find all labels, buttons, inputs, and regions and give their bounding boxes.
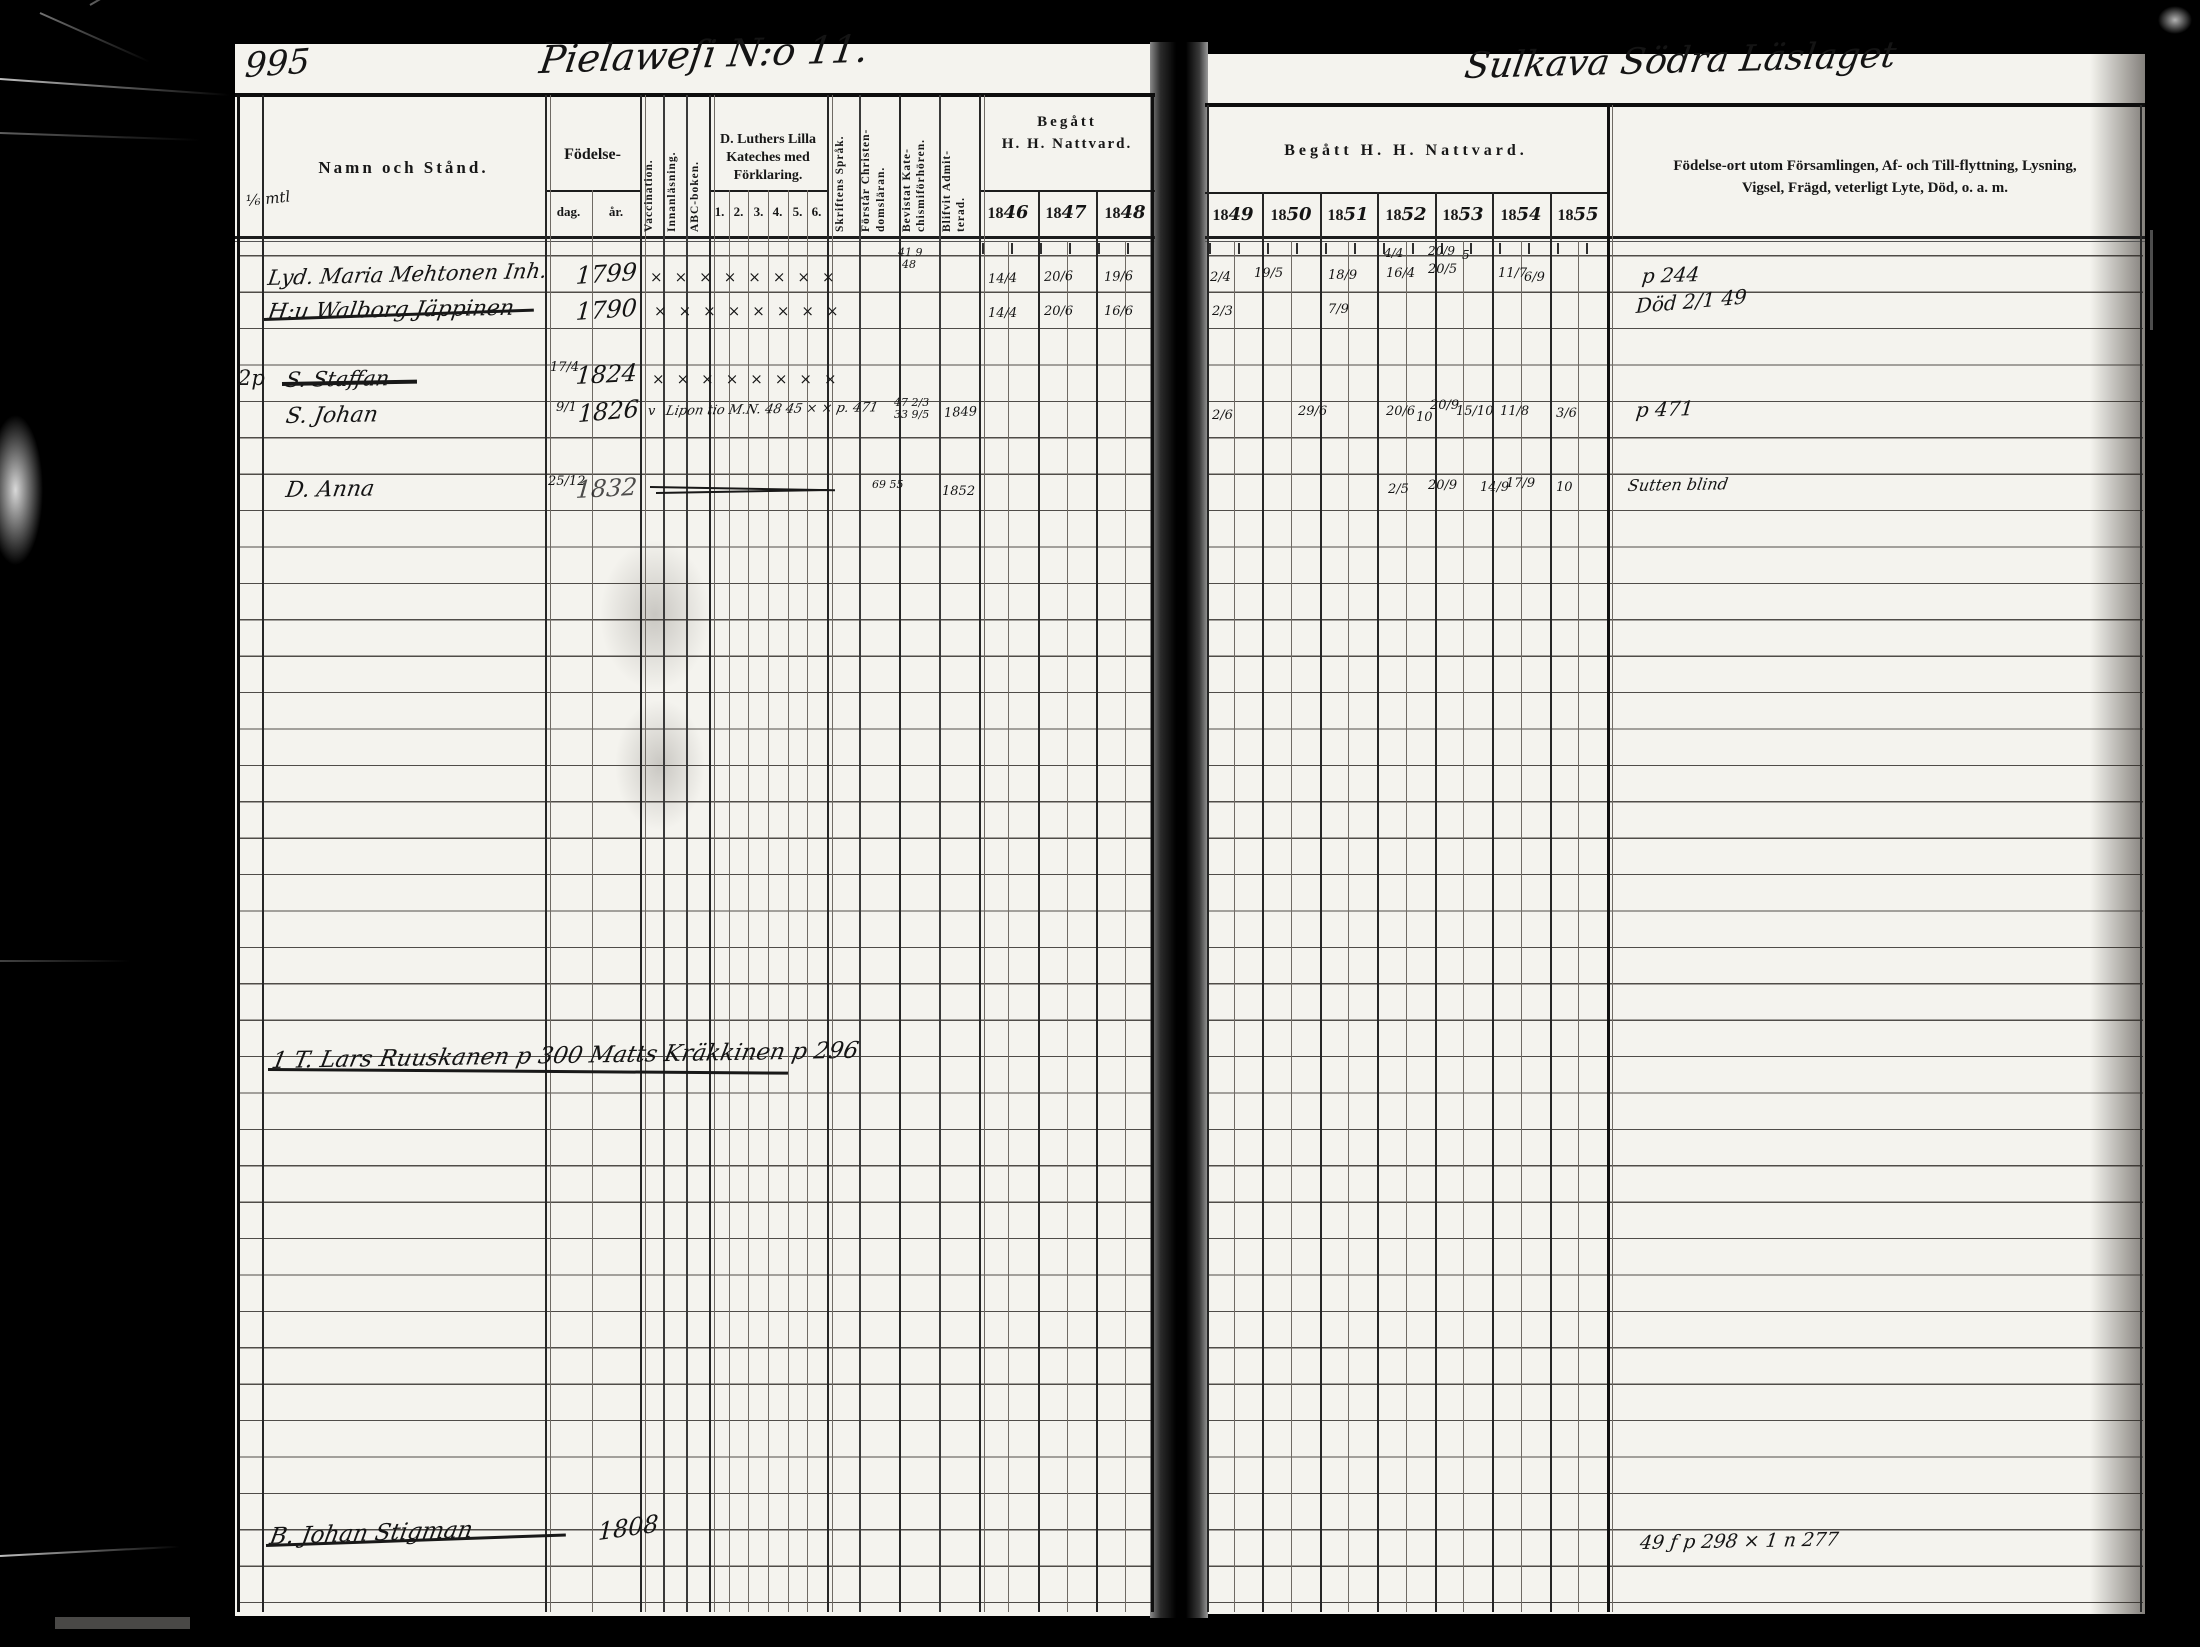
- entry-x-marks: ××××××××: [654, 302, 851, 320]
- communion-mark: 20/6: [1386, 404, 1415, 419]
- entry-birth-year: 1790: [575, 294, 638, 326]
- communion-mark: 17/9: [1506, 476, 1535, 491]
- communion-mark: 18/9: [1328, 268, 1357, 283]
- stray-mark: 4/4: [1384, 246, 1403, 260]
- year-suffix: 49: [1228, 204, 1253, 225]
- communion-mark: 16/6: [1104, 304, 1133, 319]
- communion-mark: 14/9: [1480, 480, 1509, 495]
- vline: [1067, 241, 1068, 1612]
- col-header-birth-year: år.: [592, 204, 640, 220]
- vline: [686, 95, 688, 1612]
- year-suffix: 52: [1401, 204, 1426, 225]
- year-suffix: 48: [1120, 202, 1145, 223]
- communion-mark: 3/6: [1556, 406, 1577, 421]
- entry-name: S. Staffan: [284, 366, 391, 392]
- col-header-notes-l2: Vigsel, Frägd, veterligt Lyte, Död, o. a…: [1615, 180, 2135, 197]
- header-bottom-left2: [235, 241, 1155, 242]
- scratch: [40, 12, 150, 63]
- top-rule-left: [235, 93, 1155, 97]
- vline: [1463, 241, 1464, 1612]
- vline: [939, 95, 941, 1612]
- header-bottom-left: [235, 236, 1155, 239]
- col-header-catechism-l2: Kateches med: [709, 150, 827, 166]
- admitted-mark: 1849: [944, 404, 978, 421]
- scratch: [0, 78, 230, 96]
- vline: [899, 95, 901, 1612]
- year-1853: 1853: [1437, 204, 1489, 225]
- col-header-communion-l2: H. H. Nattvard.: [979, 136, 1155, 153]
- col-header-vaccination: Vaccination.: [643, 98, 655, 232]
- vline: [832, 95, 833, 1612]
- year-1852: 1852: [1380, 204, 1432, 225]
- catechism-number: 5.: [788, 204, 807, 220]
- year-ticks-right: [1209, 243, 1607, 254]
- entry-margin-number: 2p: [238, 366, 265, 390]
- col-header-understands-l2: domsläran.: [875, 98, 887, 232]
- year-suffix: 46: [1003, 202, 1028, 223]
- scratch: [90, 0, 169, 6]
- scratch: [0, 1546, 180, 1557]
- top-rule-right: [1205, 103, 2145, 107]
- communion-mark: 19/5: [1254, 266, 1283, 281]
- year-prefix: 18: [1212, 207, 1228, 224]
- year-suffix: 54: [1516, 204, 1541, 225]
- year-prefix: 18: [1270, 207, 1286, 224]
- col-header-birth-day: dag.: [545, 204, 592, 220]
- year-prefix: 18: [987, 205, 1003, 222]
- vline: [2140, 105, 2142, 1612]
- communion-mark: 20/9: [1430, 398, 1459, 413]
- year-suffix: 47: [1061, 202, 1086, 223]
- vline: [1348, 241, 1349, 1612]
- vline: [1008, 241, 1009, 1612]
- communion-mark: 29/6: [1298, 404, 1327, 419]
- communion-mark: 19/6: [1104, 269, 1134, 285]
- year-1855: 1855: [1552, 204, 1604, 225]
- communion-mark: 16/4: [1386, 266, 1415, 281]
- vline: [984, 95, 985, 1612]
- col-header-attended-l2: chismiförhören.: [915, 98, 927, 232]
- entry-attended-note: 69 55: [872, 478, 904, 491]
- year-suffix: 50: [1286, 204, 1311, 225]
- header-bottom-right2: [1205, 241, 2145, 242]
- col-header-abc: ABC-boken.: [689, 98, 701, 232]
- catechism-number: 4.: [768, 204, 787, 220]
- page-number: 995: [244, 41, 312, 86]
- entry-x-marks: ××××××××: [650, 268, 847, 286]
- communion-mark: 2/6: [1212, 408, 1233, 423]
- vline: [1607, 105, 1610, 1612]
- communion-mark: 20/6: [1044, 269, 1074, 285]
- header-bottom-right: [1205, 236, 2145, 239]
- col-header-catechism-l1: D. Luthers Lilla: [709, 132, 827, 148]
- col-header-notes-l1: Födelse-ort utom Församlingen, Af- och T…: [1615, 158, 2135, 175]
- scratch-blob: [2158, 6, 2192, 34]
- vline: [859, 95, 861, 1612]
- vline: [663, 95, 665, 1612]
- entry-name: D. Anna: [284, 476, 376, 503]
- entry-x-marks: ××××××××: [652, 370, 849, 388]
- communion-mark: 6/9: [1524, 270, 1545, 285]
- year-prefix: 18: [1327, 207, 1343, 224]
- scratch: [0, 960, 130, 962]
- scanned-parish-register: 995 Pielaweſi N:o 11. Sulkava Södra Läsl…: [0, 0, 2200, 1647]
- year-1846: 1846: [983, 202, 1033, 223]
- entry-birth-day: 17/4: [550, 360, 579, 375]
- communion-mark: 14/4: [988, 306, 1017, 321]
- communion-mark: 20/6: [1044, 304, 1073, 319]
- vline: [262, 95, 264, 1612]
- col-header-reading: Innanläsning.: [666, 98, 678, 232]
- year-prefix: 18: [1045, 205, 1061, 222]
- col-header-name: Namn och Stånd.: [262, 158, 545, 178]
- communion-mark: 20/5: [1428, 262, 1457, 277]
- year-prefix: 18: [1442, 207, 1458, 224]
- vline: [1262, 192, 1264, 1612]
- vline: [640, 95, 642, 1612]
- col-header-admitted-l2: terad.: [955, 98, 967, 232]
- col-header-birth: Födelse-: [545, 146, 640, 164]
- vline: [1096, 192, 1098, 1612]
- year-1850: 1850: [1265, 204, 1317, 225]
- communion-mark: 15/10: [1456, 404, 1493, 419]
- year-suffix: 51: [1343, 204, 1368, 225]
- vline: [827, 95, 829, 1612]
- entry-note: Sutten blind: [1626, 474, 1729, 495]
- vline: [1406, 241, 1407, 1612]
- year-1849: 1849: [1207, 204, 1259, 225]
- vaccination-mark: v: [648, 404, 655, 419]
- entry-note: 49 ƒ p 298 × 1 n 277: [1639, 1529, 1840, 1555]
- vline: [237, 95, 240, 1612]
- subheader-rule: [1205, 192, 1607, 194]
- vline: [709, 95, 711, 1612]
- year-1854: 1854: [1495, 204, 1547, 225]
- catechism-number: 2.: [729, 204, 748, 220]
- vline: [714, 95, 715, 1612]
- year-suffix: 53: [1458, 204, 1483, 225]
- entry-birth-year: 1826: [577, 395, 639, 429]
- vline: [1234, 241, 1235, 1612]
- entry-birth-day: 9/1: [556, 400, 577, 415]
- catechism-number: 1.: [710, 204, 729, 220]
- ruled-lines-left: [237, 220, 1153, 1612]
- scratch-blob: [0, 415, 43, 565]
- vline: [645, 95, 646, 1612]
- vline: [545, 95, 547, 1612]
- admitted-mark: 1852: [942, 484, 975, 499]
- stray-mark: 20/9: [1428, 244, 1455, 258]
- scratch: [0, 132, 200, 141]
- communion-mark: 10: [1556, 480, 1573, 495]
- vline: [1521, 241, 1522, 1612]
- vline: [1151, 95, 1154, 1612]
- vline: [550, 95, 551, 1612]
- scratch: [2150, 230, 2153, 330]
- entry-birth-year: 1824: [575, 359, 638, 390]
- communion-mark: 2/3: [1212, 304, 1233, 319]
- subheader-rule: [979, 190, 1155, 192]
- vline: [1377, 192, 1379, 1612]
- year-prefix: 18: [1500, 207, 1516, 224]
- scratch: [55, 1617, 190, 1629]
- vline: [1578, 241, 1579, 1612]
- year-1847: 1847: [1041, 202, 1091, 223]
- vline: [1125, 241, 1126, 1612]
- year-suffix: 55: [1573, 204, 1598, 225]
- year-1848: 1848: [1100, 202, 1150, 223]
- communion-mark: 20/9: [1428, 478, 1457, 493]
- entry-note: p 244: [1641, 262, 1701, 288]
- year-prefix: 18: [1104, 205, 1120, 222]
- binding-gutter: [1150, 42, 1208, 1618]
- vline: [1038, 192, 1040, 1612]
- communion-mark: 2/5: [1388, 482, 1409, 497]
- communion-mark: 7/9: [1328, 302, 1349, 317]
- vline: [1550, 192, 1552, 1612]
- stray-mark: 5: [1462, 248, 1470, 262]
- col-header-communion-l1: Begått: [979, 114, 1155, 131]
- communion-mark: 2/4: [1210, 270, 1231, 285]
- vline: [979, 95, 981, 1612]
- communion-mark: 14/4: [988, 271, 1018, 287]
- col-header-communion-right: Begått H. H. Nattvard.: [1205, 142, 1607, 160]
- entry-birth-year: 1832: [575, 473, 638, 504]
- year-1851: 1851: [1322, 204, 1374, 225]
- entry-birth-year: 1799: [575, 258, 638, 290]
- year-prefix: 18: [1557, 207, 1573, 224]
- vline: [1612, 105, 1613, 1612]
- col-header-scripture: Skriftens Språk.: [834, 98, 846, 232]
- col-header-catechism-l3: Förklaring.: [709, 168, 827, 184]
- vline: [1291, 241, 1292, 1612]
- col-header-attended-l1: Bevistat Kate-: [901, 98, 913, 232]
- entry-attended-note: 33 9/5: [894, 408, 929, 421]
- communion-mark: 11/8: [1500, 404, 1529, 419]
- col-header-admitted-l1: Blifvit Admit-: [941, 98, 953, 232]
- entry-name: S. Johan: [284, 402, 380, 429]
- entry-note: p 471: [1635, 396, 1695, 422]
- year-prefix: 18: [1385, 207, 1401, 224]
- communion-mark: 11/7: [1498, 266, 1527, 281]
- entry-attended-note: 48: [902, 258, 916, 271]
- catechism-number: 6.: [807, 204, 826, 220]
- vline: [1207, 105, 1209, 1612]
- catechism-number: 3.: [749, 204, 768, 220]
- col-header-understands-l1: Förstår Christen-: [860, 98, 872, 232]
